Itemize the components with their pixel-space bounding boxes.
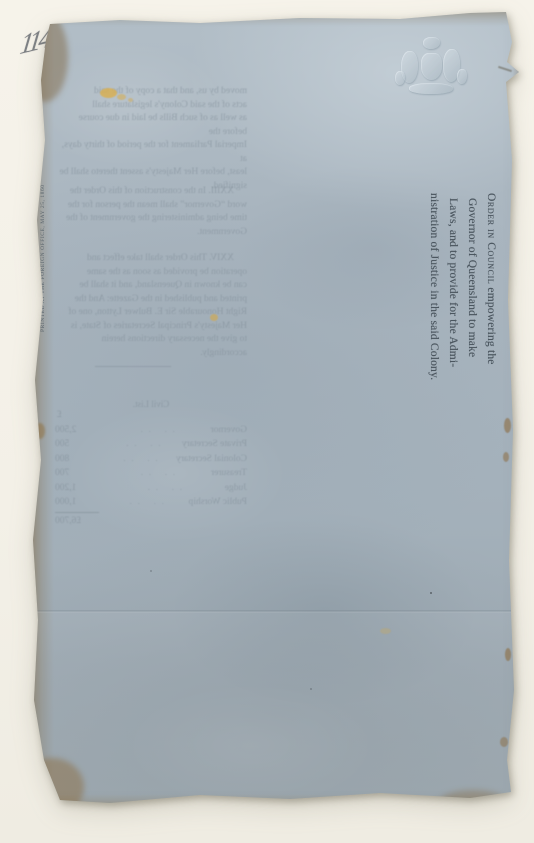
row-label: Public Worship: [189, 496, 247, 510]
title-line: Order in Council empowering the: [481, 193, 500, 408]
row-amount: 500: [55, 438, 99, 452]
currency-symbol: £: [55, 409, 101, 423]
showthrough-line: XXIV. This Order shall take effect and: [55, 252, 247, 266]
showthrough-paragraph-3: XXIV. This Order shall take effect and o…: [55, 252, 247, 360]
right-edge-stain: [504, 418, 511, 433]
corner-stain-bottom-left: [20, 758, 84, 816]
row-label: Judge: [225, 482, 247, 496]
showthrough-line: least, before Her Majesty's assent there…: [55, 166, 247, 180]
table-row: Governor .. .. 2,500: [55, 423, 247, 438]
ink-speck: [310, 688, 312, 690]
edge-toning-left: [28, 8, 54, 810]
corner-stain-bottom-right: [438, 790, 508, 816]
showthrough-paragraph-1: moved by us, and that a copy of the said…: [55, 85, 247, 193]
table-currency-header-row: £: [55, 409, 247, 423]
seal-crown-part: [423, 37, 440, 49]
ink-speck: [150, 570, 152, 572]
showthrough-section-divider: [95, 366, 171, 367]
leader-dots: .. ..: [99, 437, 182, 451]
total-amount: £6,700: [55, 512, 99, 529]
row-amount: 800: [55, 453, 99, 467]
row-label: Treasurer: [211, 467, 247, 481]
foxing-stain: [117, 94, 126, 100]
row-label: Private Secretary: [182, 438, 247, 452]
showthrough-paragraph-2: XXIII. In the construction of this Order…: [55, 185, 247, 239]
row-amount: 700: [55, 467, 99, 481]
foxing-stain: [380, 628, 391, 634]
showthrough-line: Her Majesty's Principal Secretaries of S…: [55, 320, 247, 334]
edge-toning-right: [512, 8, 522, 810]
table-row: Colonial Secretary .. .. 800: [55, 452, 247, 467]
title-lead-smallcaps: Order in Council: [485, 193, 497, 284]
leader-dots: .. ..: [99, 466, 211, 480]
title-line1-rest: empowering the: [485, 284, 497, 364]
foxing-stain: [210, 314, 218, 321]
edge-toning-top: [28, 8, 522, 26]
table-total-row: £6,700: [55, 510, 247, 529]
lower-tone-band: [28, 613, 522, 810]
title-line: Laws, and to provide for the Admi-: [443, 193, 462, 408]
edge-tear-shadow: [498, 66, 512, 72]
showthrough-line: Government.: [55, 226, 247, 240]
right-edge-stain: [505, 648, 511, 661]
showthrough-line: Right Honourable Sir E. Bulwer Lytton, o…: [55, 306, 247, 320]
leader-dots: .. ..: [99, 423, 211, 437]
table-row: Public Worship .. .. 1,000: [55, 495, 247, 510]
row-amount: 1,000: [55, 496, 99, 510]
leader-dots: .. ..: [99, 495, 189, 509]
document-page: Order in Council empowering the Governor…: [28, 8, 522, 810]
embossed-seal-icon: [393, 33, 473, 107]
printer-imprint-vertical: PRINTED AT THE FOREIGN OFFICE, MAY 25, 1…: [40, 212, 48, 332]
horizontal-crease: [28, 610, 522, 613]
leader-dots: .. ..: [99, 452, 176, 466]
showthrough-line: time being administering the government …: [55, 212, 247, 226]
rotated-title: Order in Council empowering the Governor…: [424, 193, 500, 408]
showthrough-line: as well as of such Bills be laid in due …: [55, 112, 247, 139]
showthrough-line: operation be provided as soon as the sam…: [55, 266, 247, 280]
showthrough-line: acts of the said Colony's legislature sh…: [55, 99, 247, 113]
row-amount: 1,200: [55, 482, 99, 496]
seal-scroll-part: [409, 83, 453, 94]
leader-dots: .. ..: [99, 481, 225, 495]
showthrough-line: to give the necessary directions herein …: [55, 333, 247, 360]
row-label: Colonial Secretary: [176, 453, 247, 467]
title-line: nistration of Justice in the said Colony…: [424, 193, 443, 408]
showthrough-line: word “Governor” shall mean the person fo…: [55, 199, 247, 213]
seal-flourish-left-part: [395, 71, 405, 85]
row-label: Governor: [211, 424, 247, 438]
showthrough-civil-list-table: £ Governor .. .. 2,500 Private Secretary…: [55, 409, 247, 528]
showthrough-line: XXIII. In the construction of this Order…: [55, 185, 247, 199]
table-row: Treasurer .. .. 700: [55, 466, 247, 481]
title-line: Governor of Queensland to make: [462, 193, 481, 408]
ink-speck: [452, 240, 454, 242]
seal-shield-part: [421, 53, 442, 80]
document-page-shadow: Order in Council empowering the Governor…: [0, 0, 534, 843]
right-edge-stain: [503, 452, 509, 462]
table-row: Private Secretary .. .. 500: [55, 437, 247, 452]
showthrough-line: Imperial Parliament for the period of th…: [55, 139, 247, 166]
foxing-stain: [100, 88, 117, 98]
showthrough-line: can be known in Queensland, and it shall…: [55, 279, 247, 293]
edge-smear-stain: [35, 423, 45, 439]
showthrough-line: printed and published in the Gazette: An…: [55, 293, 247, 307]
ink-speck: [430, 592, 432, 594]
table-row: Judge .. .. 1,200: [55, 481, 247, 496]
right-edge-stain: [500, 737, 508, 747]
showthrough-line: moved by us, and that a copy of the said: [55, 85, 247, 99]
scan-background: 114 Order in Council empowering the: [0, 0, 534, 843]
foxing-stain: [128, 98, 133, 102]
row-amount: 2,500: [55, 424, 99, 438]
seal-flourish-right-part: [457, 69, 467, 84]
